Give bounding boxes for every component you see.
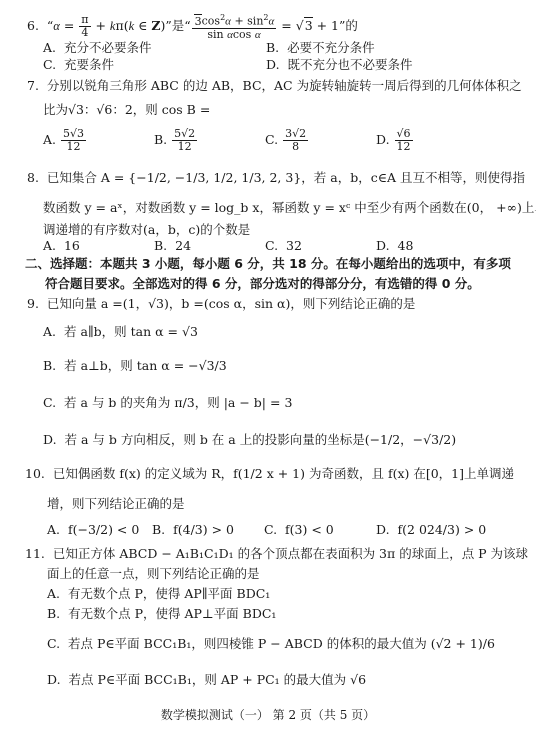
option-text: 有无数个点 P，使得 AP⊥平面 BDC₁ [68,606,276,621]
option-6d[interactable]: D. 既不充分也不必要条件 [266,57,413,73]
question-7-stem-line1: 7. 分别以锐角三角形 ABC 的边 AB，BC，AC 为旋转轴旋转一周后得到的… [27,78,522,94]
option-label: A. [47,586,60,601]
option-label: B. [266,40,279,55]
option-text: f(−3/2) < 0 [68,522,139,537]
option-text: 若 a 与 b 方向相反，则 b 在 a 上的投影向量的坐标是(−1/2，−√3… [65,432,457,447]
option-10b[interactable]: B. f(4/3) > 0 [152,522,234,538]
option-text: 有无数个点 P，使得 AP∥平面 BDC₁ [68,586,270,601]
option-7c[interactable]: C. 3√28 [265,128,309,153]
option-label: A. [47,522,60,537]
option-10c[interactable]: C. f(3) < 0 [264,522,334,538]
fraction: 5√312 [61,128,86,153]
question-11-stem-line2: 面上的任意一点，则下列结论正确的是 [47,566,260,582]
option-text: 48 [398,238,414,253]
option-8c[interactable]: C. 32 [265,238,302,254]
option-label: D. [376,238,390,253]
option-text: 24 [175,238,191,253]
option-text: 若 a∥b，则 tan α = √3 [64,324,198,339]
option-label: B. [152,522,165,537]
option-label: D. [376,132,390,147]
question-8-stem-line3: 调递增的有序数对(a，b，c)的个数是 [43,222,250,238]
section-2-header-line2: 符合题目要求。全部选对的得 6 分，部分选对的得部分分，有选错的得 0 分。 [45,276,480,292]
option-label: A. [43,324,56,339]
option-label: C. [43,57,56,72]
fraction: 3√28 [283,128,308,153]
question-8-stem-line2: 数函数 y = aˣ，对数函数 y = log_b x，幂函数 y = xᶜ 中… [43,200,536,216]
option-11c[interactable]: C. 若点 P∈平面 BCC₁B₁，则四棱锥 P − ABCD 的体积的最大值为… [47,636,495,652]
option-11b[interactable]: B. 有无数个点 P，使得 AP⊥平面 BDC₁ [47,606,276,622]
quote-mid: ”是“ [165,18,190,33]
option-label: B. [43,358,56,373]
option-text: 若点 P∈平面 BCC₁B₁，则四棱锥 P − ABCD 的体积的最大值为 (√… [68,636,495,651]
option-10a[interactable]: A. f(−3/2) < 0 [47,522,139,538]
option-text: f(3) < 0 [285,522,334,537]
option-text: 既不充分也不必要条件 [288,57,413,72]
question-7-stem-line2: 比为√3：√6：2，则 cos B = [43,102,210,118]
option-label: A. [43,132,56,147]
stem-text: 分别以锐角三角形 ABC 的边 AB，BC，AC 为旋转轴旋转一周后得到的几何体… [47,78,522,93]
stem-text: 已知集合 A = {−1/2, −1/3, 1/2, 1/3, 2, 3}，若 … [47,170,525,185]
option-7b[interactable]: B. 5√212 [154,128,198,153]
option-label: C. [43,395,56,410]
question-6-stem: 6. “α = π4 + kπ(k ∈ Z)”是“3cos2α + sin2αs… [27,12,358,41]
fraction: √612 [395,128,413,153]
quote-close: ”的 [339,18,358,33]
stem-text: 已知向量 a =(1，√3)，b =(cos α，sin α)，则下列结论正确的… [47,296,415,311]
option-6c[interactable]: C. 充要条件 [43,57,114,73]
option-label: D. [376,522,390,537]
option-8b[interactable]: B. 24 [154,238,191,254]
option-11d[interactable]: D. 若点 P∈平面 BCC₁B₁，则 AP + PC₁ 的最大值为 √6 [47,672,366,688]
option-label: A. [43,40,56,55]
option-label: C. [265,132,278,147]
option-7a[interactable]: A. 5√312 [43,128,87,153]
exam-page: 6. “α = π4 + kπ(k ∈ Z)”是“3cos2α + sin2αs… [0,0,536,743]
option-9d[interactable]: D. 若 a 与 b 方向相反，则 b 在 a 上的投影向量的坐标是(−1/2，… [43,432,456,448]
question-number: 9. [27,296,39,311]
option-label: C. [47,636,60,651]
option-text: 必要不充分条件 [287,40,375,55]
option-label: C. [264,522,277,537]
option-9a[interactable]: A. 若 a∥b，则 tan α = √3 [43,324,198,340]
option-text: 16 [64,238,80,253]
option-text: f(4/3) > 0 [173,522,234,537]
question-11-stem-line1: 11. 已知正方体 ABCD − A₁B₁C₁D₁ 的各个顶点都在表面积为 3π… [25,546,528,562]
option-label: D. [43,432,57,447]
option-text: 若点 P∈平面 BCC₁B₁，则 AP + PC₁ 的最大值为 √6 [69,672,367,687]
fraction: 3cos2α + sin2αsin αcos α [192,12,277,41]
option-text: 若 a 与 b 的夹角为 π/3，则 |a − b| = 3 [64,395,292,410]
option-label: B. [47,606,60,621]
option-label: B. [154,132,167,147]
option-7d[interactable]: D. √612 [376,128,414,153]
question-number: 11. [25,546,45,561]
option-text: 充要条件 [64,57,114,72]
fraction: 5√212 [172,128,197,153]
stem-text: 已知偶函数 f(x) 的定义域为 R，f(1/2 x + 1) 为奇函数，且 f… [53,466,514,481]
question-number: 7. [27,78,39,93]
option-label: B. [154,238,167,253]
question-10-stem-line2: 增，则下列结论正确的是 [47,496,185,512]
option-11a[interactable]: A. 有无数个点 P，使得 AP∥平面 BDC₁ [47,586,270,602]
stem-text: 已知正方体 ABCD − A₁B₁C₁D₁ 的各个顶点都在表面积为 3π 的球面… [53,546,528,561]
option-label: A. [43,238,56,253]
question-9-stem: 9. 已知向量 a =(1，√3)，b =(cos α，sin α)，则下列结论… [27,296,415,312]
question-number: 10. [25,466,45,481]
option-text: 32 [286,238,302,253]
option-label: D. [266,57,280,72]
fraction: π4 [79,14,90,39]
option-label: D. [47,672,61,687]
option-text: 充分不必要条件 [64,40,152,55]
option-10d[interactable]: D. f(2 024/3) > 0 [376,522,486,538]
option-6b[interactable]: B. 必要不充分条件 [266,40,375,56]
question-number: 8. [27,170,39,185]
section-2-header-line1: 二、选择题：本题共 3 小题，每小题 6 分，共 18 分。在每小题给出的选项中… [25,256,511,272]
question-number: 6. [27,18,39,33]
option-9b[interactable]: B. 若 a⊥b，则 tan α = −√3/3 [43,358,227,374]
page-footer: 数学模拟测试（一） 第 2 页（共 5 页） [0,706,536,723]
option-text: 若 a⊥b，则 tan α = −√3/3 [64,358,227,373]
option-9c[interactable]: C. 若 a 与 b 的夹角为 π/3，则 |a − b| = 3 [43,395,292,411]
option-8a[interactable]: A. 16 [43,238,80,254]
option-label: C. [265,238,278,253]
question-10-stem-line1: 10. 已知偶函数 f(x) 的定义域为 R，f(1/2 x + 1) 为奇函数… [25,466,514,482]
option-8d[interactable]: D. 48 [376,238,413,254]
question-8-stem-line1: 8. 已知集合 A = {−1/2, −1/3, 1/2, 1/3, 2, 3}… [27,170,525,186]
option-6a[interactable]: A. 充分不必要条件 [43,40,151,56]
option-text: f(2 024/3) > 0 [398,522,487,537]
